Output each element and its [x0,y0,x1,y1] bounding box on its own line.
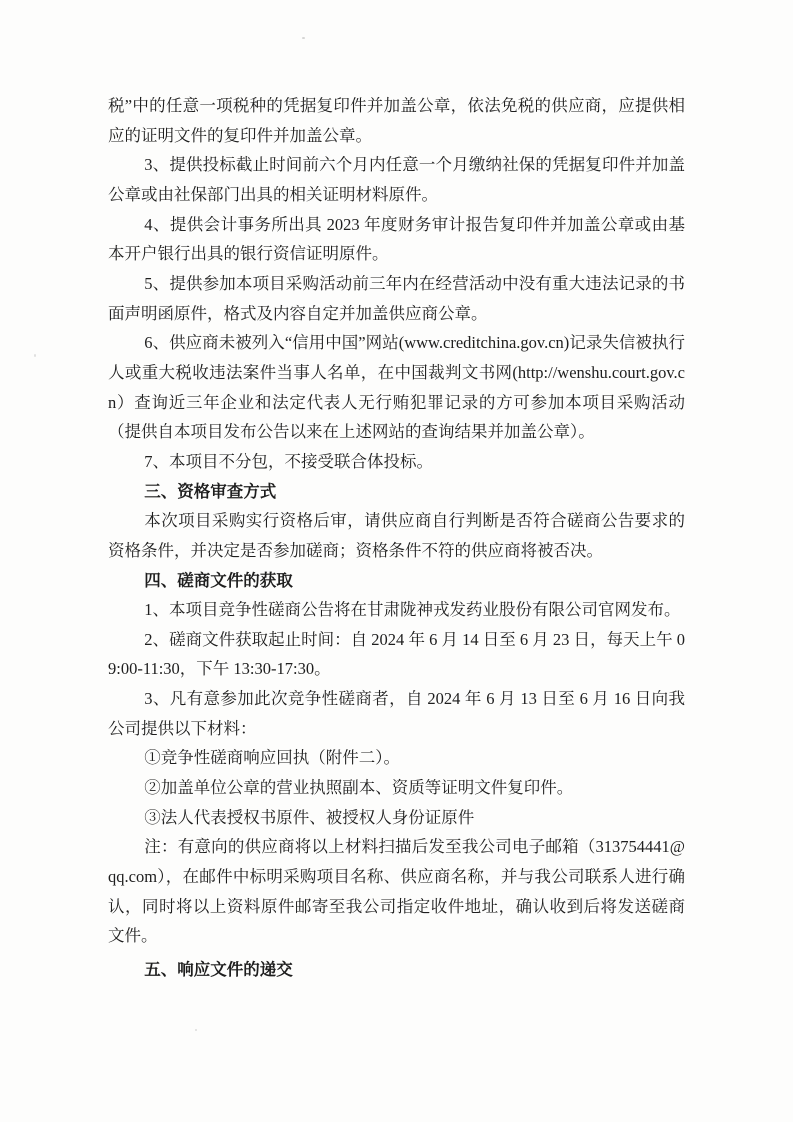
scan-speck [34,354,36,357]
paragraph-note-email-and-mailing: 注：有意向的供应商将以上材料扫描后发至我公司电子邮箱（313754441@qq.… [108,832,685,951]
document-text-block: 税”中的任意一项税种的凭据复印件并加盖公章，依法免税的供应商，应提供相应的证明文… [108,91,685,985]
paragraph-item6-credit-china-check: 6、供应商未被列入“信用中国”网站(www.creditchina.gov.cn… [108,328,685,447]
paragraph-item7-no-consortium: 7、本项目不分包，不接受联合体投标。 [108,447,685,477]
paragraph-item3-social-security: 3、提供投标截止时间前六个月内任意一个月缴纳社保的凭据复印件并加盖公章或由社保部… [108,150,685,209]
paragraph-item5-declaration-letter: 5、提供参加本项目采购活动前三年内在经营活动中没有重大违法记录的书面声明函原件，… [108,269,685,328]
scan-speck [302,37,305,39]
paragraph-acquisition-time-window: 2、磋商文件获取起止时间：自 2024 年 6 月 14 日至 6 月 23 日… [108,625,685,684]
section-heading-response-submission: 五、响应文件的递交 [108,955,685,985]
section-heading-qualification-review: 三、资格审查方式 [108,477,685,507]
paragraph-post-qualification-review: 本次项目采购实行资格后审，请供应商自行判断是否符合磋商公告要求的资格条件，并决定… [108,506,685,565]
paragraph-material2-business-license: ②加盖单位公章的营业执照副本、资质等证明文件复印件。 [108,773,685,803]
paragraph-tax-proof-continuation: 税”中的任意一项税种的凭据复印件并加盖公章，依法免税的供应商，应提供相应的证明文… [108,91,685,150]
scan-speck [195,1029,197,1031]
paragraph-item4-audit-report: 4、提供会计事务所出具 2023 年度财务审计报告复印件并加盖公章或由基本开户银… [108,210,685,269]
document-page: 税”中的任意一项税种的凭据复印件并加盖公章，依法免税的供应商，应提供相应的证明文… [0,0,793,1122]
paragraph-material1-response-receipt: ①竞争性磋商响应回执（附件二）。 [108,743,685,773]
paragraph-material3-authorization-id: ③法人代表授权书原件、被授权人身份证原件 [108,803,685,833]
paragraph-announcement-official-website: 1、本项目竞争性磋商公告将在甘肃陇神戎发药业股份有限公司官网发布。 [108,595,685,625]
paragraph-materials-submission-intro: 3、凡有意参加此次竞争性磋商者，自 2024 年 6 月 13 日至 6 月 1… [108,684,685,743]
section-heading-document-acquisition: 四、磋商文件的获取 [108,566,685,596]
